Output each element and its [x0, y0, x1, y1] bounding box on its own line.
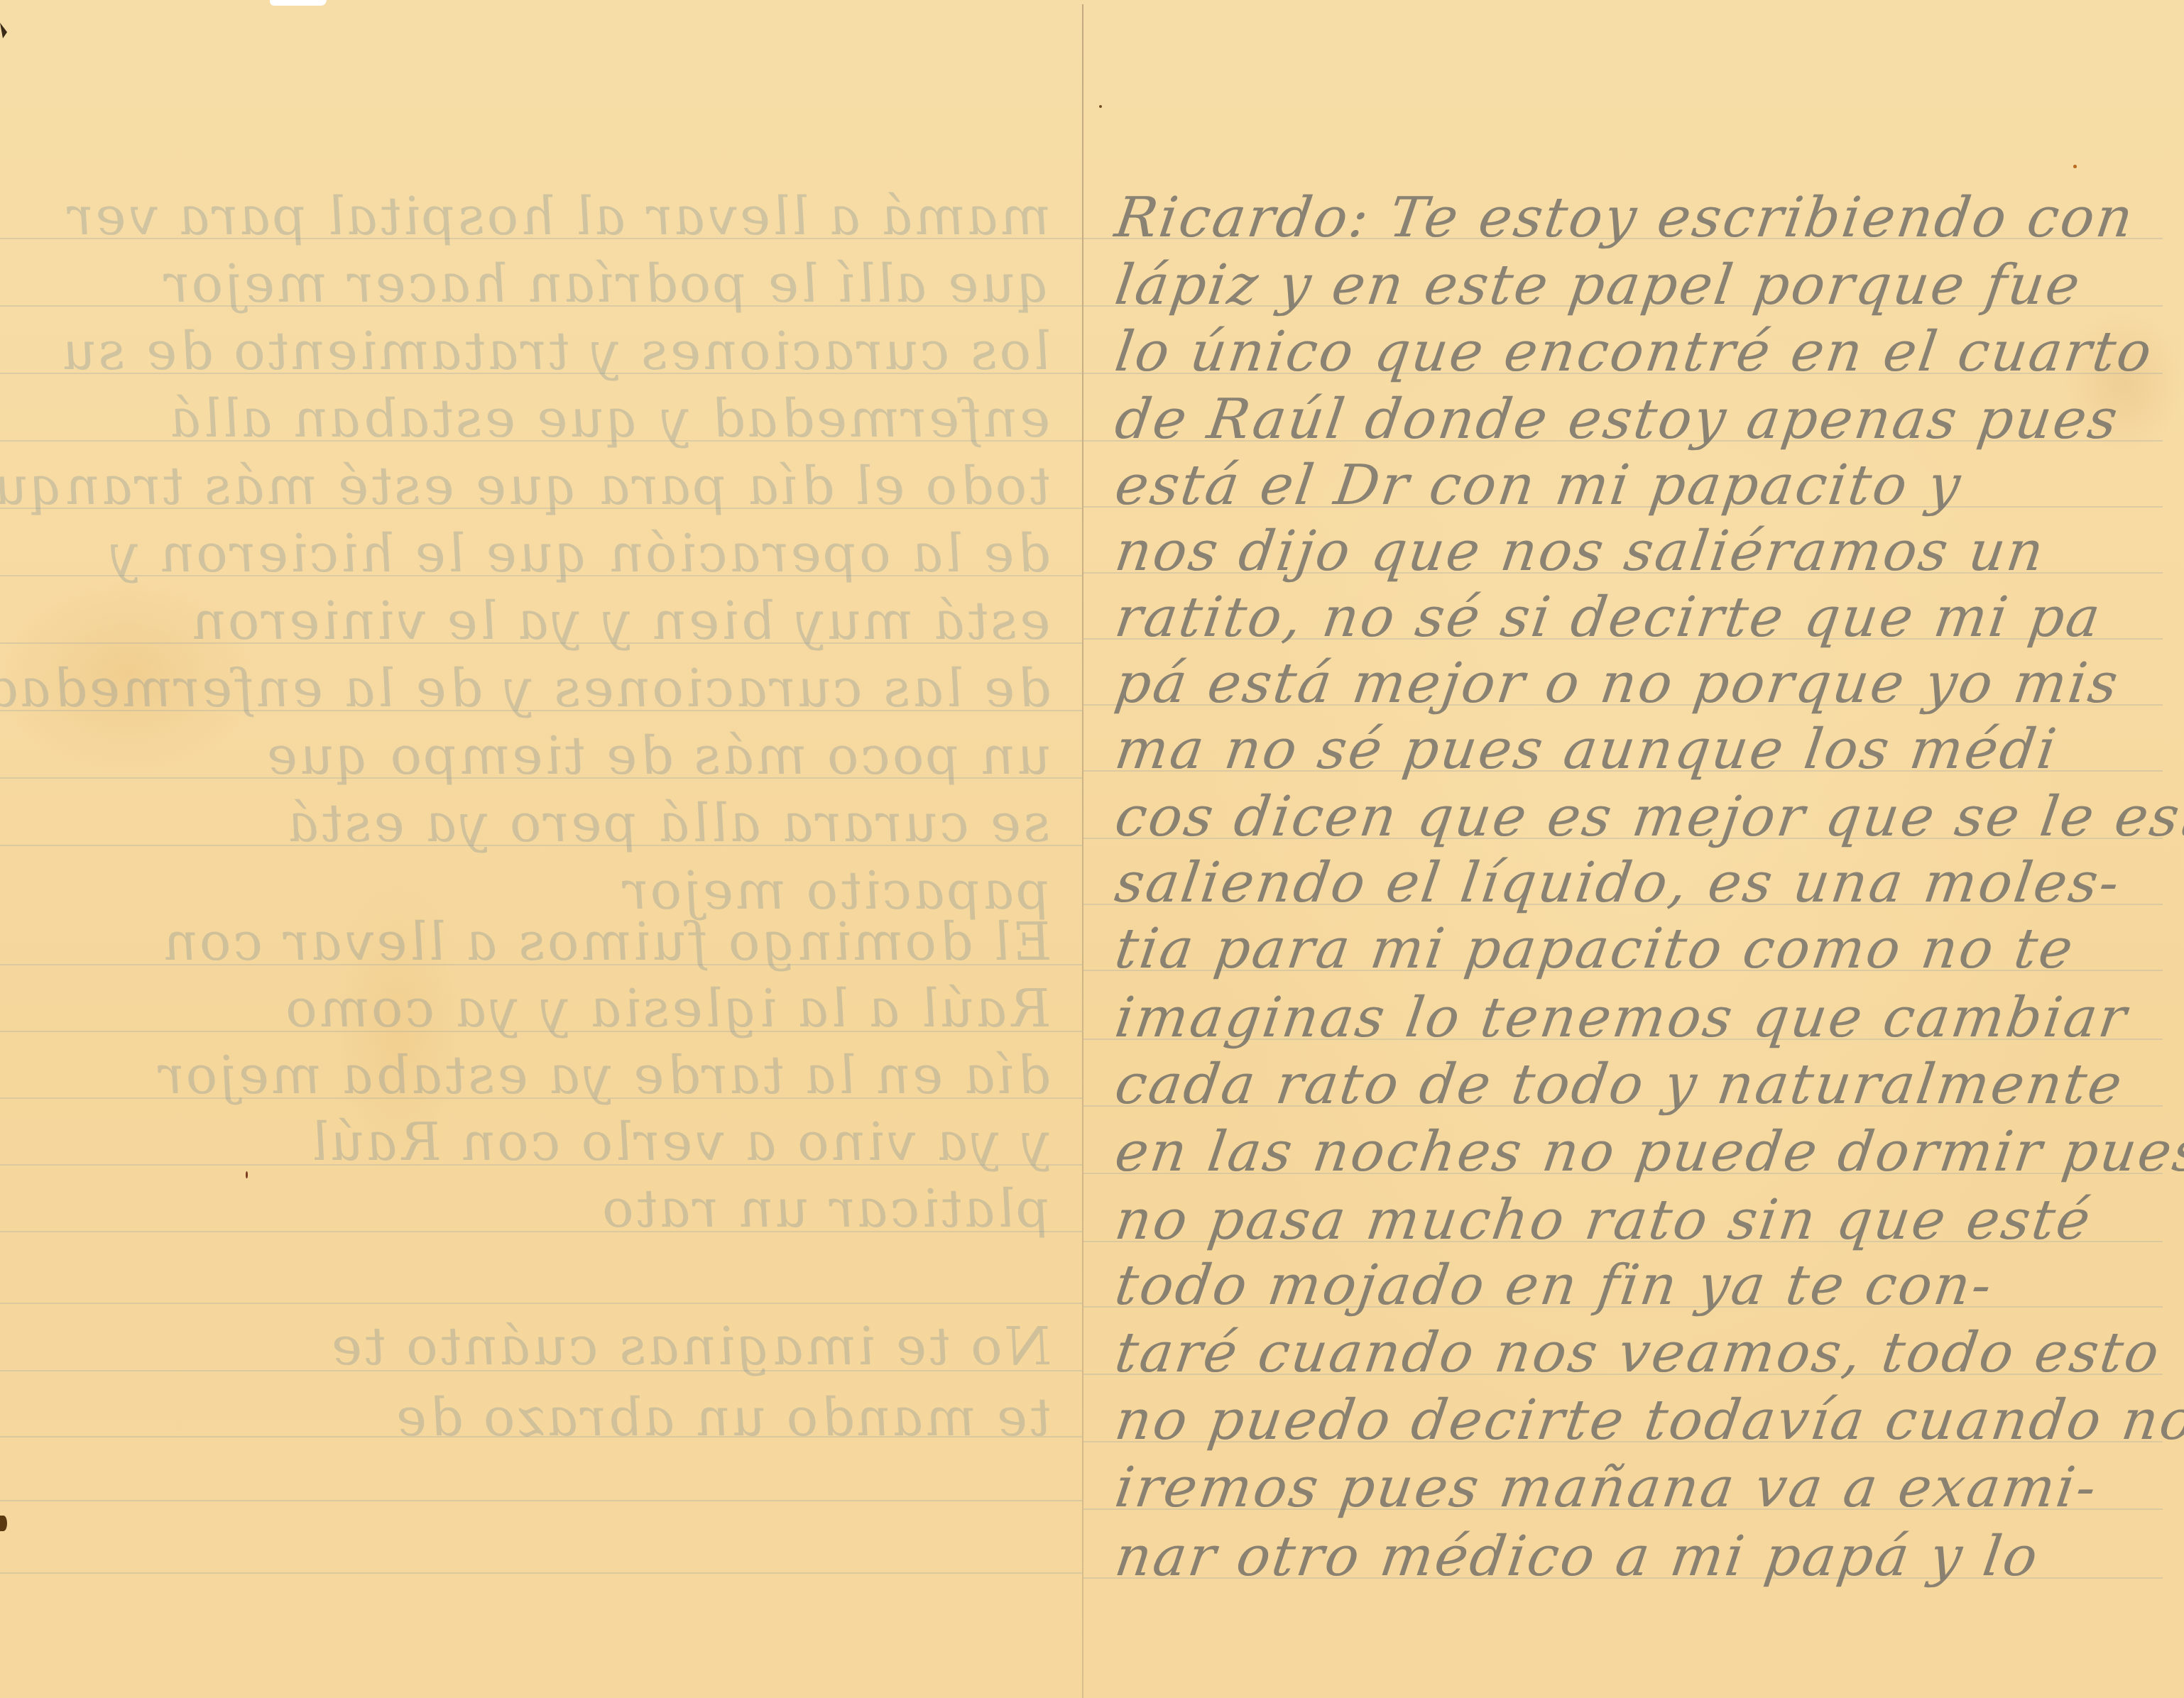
letter-line: pá está mejor o no porque yo mis	[1112, 656, 2123, 711]
bleed-through-line: papacito mejor	[618, 865, 1054, 917]
bleed-through-line: platicar un rato	[597, 1183, 1054, 1235]
rule-line	[0, 1303, 1082, 1304]
bleed-through-line: El domingo fuimos a llevar con	[158, 916, 1055, 968]
letter-line: en las noches no puede dormir pues	[1112, 1124, 2184, 1180]
letter-line: de Raúl donde estoy apenas pues	[1112, 392, 2123, 447]
letter-line: ratito, no sé si decirte que mi pa	[1112, 590, 2105, 645]
letter-line: no puedo decirte todavía cuando nos	[1112, 1393, 2184, 1448]
letter-line: saliendo el líquido, es una moles-	[1112, 855, 2124, 911]
letter-line: está el Dr con mi papacito y	[1112, 458, 1965, 513]
bleed-through-line: los curaciones y tratamiento de su	[57, 325, 1054, 378]
letter-line: ma no sé pues aunque los médi	[1112, 722, 2061, 777]
letter-line: lápiz y en este papel porque fue	[1112, 258, 2085, 313]
left-page: mamá a llevar al hospital para ver que a…	[0, 0, 1082, 1698]
bleed-through-line: está muy bien y ya le vinieron	[187, 595, 1055, 647]
bleed-through-line: de las curaciones y de la enfermedad	[0, 662, 1054, 715]
bleed-through-line: mamá a llevar al hospital para ver	[62, 190, 1054, 243]
bleed-through-line: te mando un abrazo de	[390, 1391, 1054, 1444]
letter-line: nos dijo que nos saliéramos un	[1112, 524, 2049, 579]
letter-scan: mamá a llevar al hospital para ver que a…	[0, 0, 2184, 1698]
letter-line: todo mojado en fin ya te con-	[1112, 1258, 1997, 1313]
bleed-through-line: un poco más de tiempo que	[261, 730, 1054, 782]
letter-line: Ricardo: Te estoy escribiendo con	[1112, 190, 2138, 246]
bleed-through-line: se curara allá pero ya está	[283, 797, 1054, 850]
bleed-through-line: todo el día para que esté más tranquilo	[0, 460, 1054, 513]
bleed-through-line: No te imaginas cuánto te	[325, 1320, 1054, 1373]
bleed-through-line: Raúl a la iglesia y ya como	[280, 982, 1054, 1035]
letter-line: no pasa mucho rato sin que esté	[1112, 1193, 2095, 1248]
bleed-through-line: enfermedad y que estaban allá	[165, 393, 1054, 445]
letter-line: iremos pues mañana va a exami-	[1112, 1460, 2102, 1516]
bleed-through-line: y ya vino a verlo con Raúl	[305, 1116, 1054, 1168]
letter-line: tia para mi papacito como no te	[1112, 921, 2078, 977]
bleed-through-line: que allí le podrían hacer mejor	[158, 258, 1054, 310]
paper-speck	[1099, 105, 1102, 108]
letter-line: nar otro médico a mi papá y lo	[1112, 1529, 2043, 1584]
paper-speck	[2073, 165, 2077, 168]
letter-line: cos dicen que es mejor que se le esté	[1112, 789, 2184, 845]
rule-line	[0, 1500, 1082, 1501]
paper-speck	[246, 1171, 248, 1178]
letter-line: taré cuando nos veamos, todo esto	[1112, 1325, 2164, 1381]
bleed-through-line: de la operación que le hicieron y	[104, 527, 1054, 580]
bleed-through-line: día en la tarde ya estaba mejor	[153, 1049, 1054, 1102]
letter-line: cada rato de todo y naturalmente	[1112, 1057, 2127, 1112]
right-page: Ricardo: Te estoy escribiendo con lápiz …	[1083, 0, 2184, 1698]
rule-line	[0, 1572, 1082, 1574]
letter-line: imaginas lo tenemos que cambiar	[1112, 990, 2131, 1046]
letter-line: lo único que encontré en el cuarto	[1112, 324, 2157, 380]
